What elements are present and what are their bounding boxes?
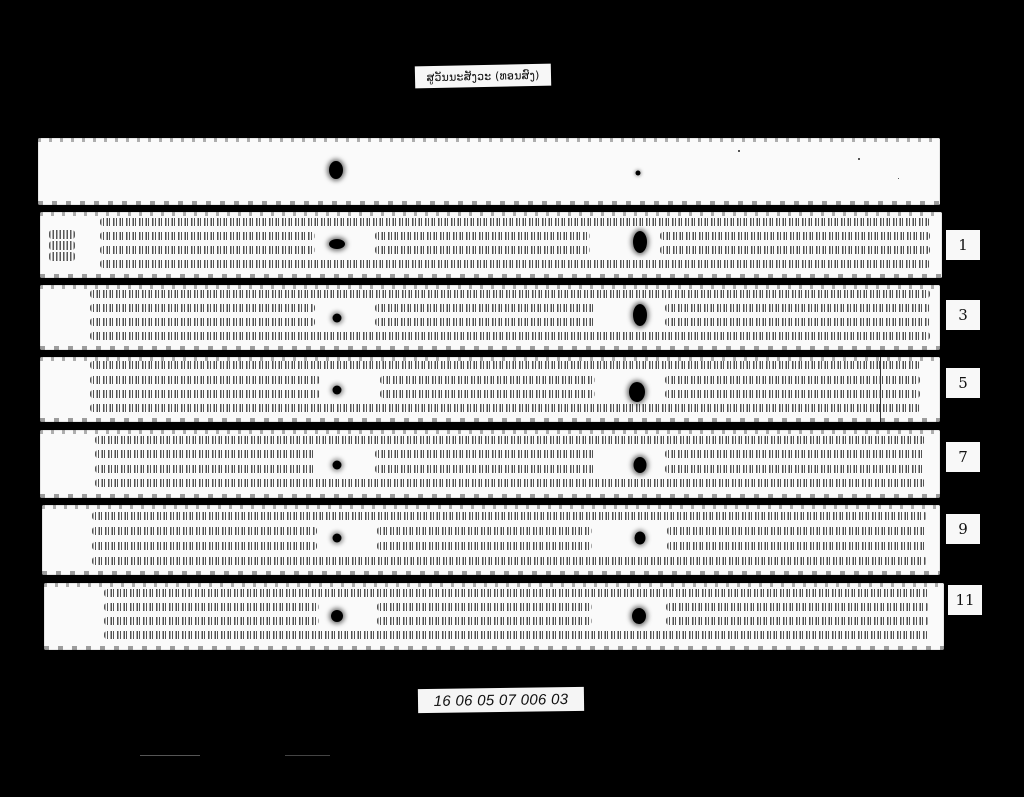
binding-hole bbox=[333, 534, 342, 543]
text-line bbox=[665, 463, 925, 475]
marginal-note bbox=[46, 228, 78, 263]
text-line bbox=[92, 540, 317, 552]
speck bbox=[858, 158, 860, 160]
leaf-number-label: 7 bbox=[946, 442, 980, 472]
text-line bbox=[660, 230, 930, 242]
text-line bbox=[377, 525, 592, 537]
text-line bbox=[92, 525, 317, 537]
leaf-number-label: 9 bbox=[946, 514, 980, 544]
scan-artifact bbox=[140, 755, 200, 756]
text-line bbox=[90, 359, 920, 371]
text-line bbox=[104, 587, 929, 599]
text-line bbox=[90, 388, 320, 400]
text-line bbox=[660, 244, 930, 256]
binding-hole bbox=[329, 161, 343, 179]
text-line bbox=[90, 330, 930, 342]
binding-hole bbox=[333, 461, 342, 470]
binding-hole bbox=[329, 239, 345, 249]
text-line bbox=[665, 388, 920, 400]
text-line bbox=[375, 316, 595, 328]
catalog-id-label: 16 06 05 07 006 03 bbox=[418, 687, 584, 713]
text-line bbox=[95, 463, 315, 475]
leaf-5 bbox=[40, 357, 940, 422]
leaf-1 bbox=[40, 212, 942, 278]
text-line bbox=[667, 525, 927, 537]
text-line bbox=[665, 374, 920, 386]
text-line bbox=[104, 629, 929, 641]
text-line bbox=[665, 316, 930, 328]
binding-hole bbox=[629, 382, 645, 402]
text-line bbox=[380, 388, 595, 400]
text-line bbox=[375, 230, 590, 242]
leaf-number-label: 3 bbox=[946, 300, 980, 330]
text-line bbox=[666, 601, 929, 613]
text-line bbox=[90, 374, 320, 386]
text-line bbox=[375, 463, 595, 475]
binding-hole bbox=[634, 457, 647, 473]
leaf-11 bbox=[44, 583, 944, 650]
leaf-edge-line bbox=[880, 357, 881, 422]
text-line bbox=[377, 615, 592, 627]
manuscript-title-label: ສູວັນນະສັງວະ (ທອນສົງ) bbox=[415, 64, 551, 89]
binding-hole bbox=[333, 314, 342, 323]
text-line bbox=[104, 601, 319, 613]
binding-hole bbox=[632, 608, 646, 624]
text-line bbox=[90, 302, 315, 314]
leaf-number-label: 11 bbox=[948, 585, 982, 615]
text-line bbox=[380, 374, 595, 386]
text-line bbox=[667, 540, 927, 552]
text-line bbox=[665, 302, 930, 314]
text-line bbox=[90, 316, 315, 328]
text-line bbox=[100, 258, 930, 270]
leaf-9 bbox=[42, 505, 940, 575]
text-line bbox=[90, 288, 930, 300]
text-line bbox=[375, 302, 595, 314]
text-line bbox=[95, 448, 315, 460]
cover-leaf bbox=[38, 138, 940, 205]
binding-hole bbox=[633, 304, 647, 326]
speck bbox=[738, 150, 740, 152]
text-line bbox=[92, 510, 927, 522]
binding-hole bbox=[635, 532, 646, 545]
text-line bbox=[100, 230, 315, 242]
text-line bbox=[375, 448, 595, 460]
binding-hole bbox=[333, 386, 342, 395]
leaf-7 bbox=[40, 430, 940, 498]
text-line bbox=[377, 601, 592, 613]
leaf-number-label: 1 bbox=[946, 230, 980, 260]
text-line bbox=[665, 448, 925, 460]
text-line bbox=[95, 434, 925, 446]
leaf-number-label: 5 bbox=[946, 368, 980, 398]
text-line bbox=[100, 216, 930, 228]
text-line bbox=[95, 477, 925, 489]
text-line bbox=[377, 540, 592, 552]
binding-hole bbox=[633, 231, 647, 253]
binding-hole bbox=[331, 610, 343, 622]
leaf-3 bbox=[40, 285, 940, 350]
text-line bbox=[666, 615, 929, 627]
binding-hole bbox=[636, 171, 641, 176]
speck bbox=[898, 178, 899, 179]
text-line bbox=[92, 555, 927, 567]
text-line bbox=[104, 615, 319, 627]
text-line bbox=[90, 402, 920, 414]
text-line bbox=[100, 244, 315, 256]
scan-artifact bbox=[285, 755, 330, 756]
text-line bbox=[375, 244, 590, 256]
